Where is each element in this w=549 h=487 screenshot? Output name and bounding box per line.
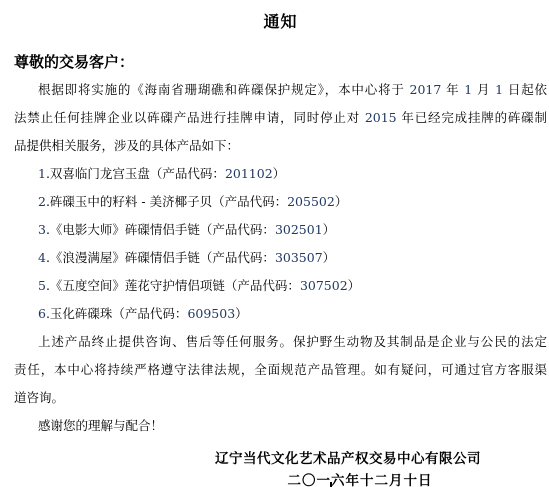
- text-cursor: [330, 482, 332, 487]
- intro-paragraph-line-3: 品提供相关服务，涉及的具体产品如下：: [14, 132, 547, 160]
- numeric-text: 205502: [287, 194, 335, 209]
- product-list-item-4: 4.《浪漫满屋》砗磲情侣手链（产品代码：303507）: [14, 244, 547, 272]
- product-list-item-3: 3.《电影大师》砗磲情侣手链（产品代码：302501）: [14, 216, 547, 244]
- signature-date: 二〇一六年十二月十日: [227, 470, 493, 487]
- closing-paragraph-line-3: 道咨询。: [14, 384, 547, 412]
- numeric-text: 1: [495, 82, 503, 97]
- closing-paragraph-line-2: 责任，本中心将持续严格遵守法律法规，全面规范产品管理。如有疑问，可通过官方客服渠: [14, 356, 547, 384]
- product-list-item-2: 2.砗磲玉中的籽料 - 美济椰子贝（产品代码：205502）: [14, 188, 547, 216]
- document-title: 通知: [14, 10, 547, 34]
- intro-paragraph-line-1: 根据即将实施的《海南省珊瑚礁和砗磲保护规定》，本中心将于 2017 年 1 月 …: [14, 76, 547, 104]
- numeric-text: 307502: [300, 278, 348, 293]
- signature-block: 辽宁当代文化艺术品产权交易中心有限公司 二〇一六年十二月十日: [215, 448, 481, 487]
- numeric-text: 4: [38, 250, 46, 265]
- salutation: 尊敬的交易客户：: [14, 48, 547, 76]
- numeric-text: 201102: [225, 166, 273, 181]
- product-list-item-5: 5.《五度空间》莲花守护情侣项链（产品代码：307502）: [14, 272, 547, 300]
- numeric-text: 2017: [410, 82, 442, 97]
- thanks-line: 感谢您的理解与配合！: [14, 412, 547, 440]
- numeric-text: 2015: [365, 110, 397, 125]
- numeric-text: 609503: [187, 306, 235, 321]
- product-list-item-1: 1.双喜临门龙宫玉盘（产品代码：201102）: [14, 160, 547, 188]
- numeric-text: 2: [38, 194, 46, 209]
- numeric-text: 1: [38, 166, 46, 181]
- numeric-text: 302501: [275, 222, 323, 237]
- numeric-text: 1: [464, 82, 472, 97]
- product-list-item-6: 6.玉化砗磲珠（产品代码：609503）: [14, 300, 547, 328]
- notice-document: 通知 尊敬的交易客户： 根据即将实施的《海南省珊瑚礁和砗磲保护规定》，本中心将于…: [0, 0, 549, 487]
- numeric-text: 6: [38, 306, 46, 321]
- signature-company: 辽宁当代文化艺术品产权交易中心有限公司: [215, 448, 481, 470]
- numeric-text: 5: [38, 278, 46, 293]
- intro-paragraph-line-2: 法禁止任何挂牌企业以砗磲产品进行挂牌申请，同时停止对 2015 年已经完成挂牌的…: [14, 104, 547, 132]
- numeric-text: 303507: [275, 250, 323, 265]
- closing-paragraph-line-1: 上述产品终止提供咨询、售后等任何服务。保护野生动物及其制品是企业与公民的法定: [14, 328, 547, 356]
- numeric-text: 3: [38, 222, 46, 237]
